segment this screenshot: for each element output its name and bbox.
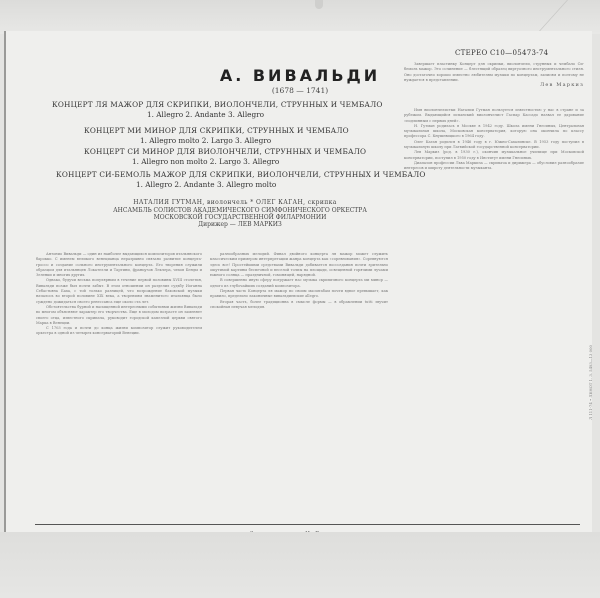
ensemble-line-2: МОСКОВСКОЙ ГОСУДАРСТВЕННОЙ ФИЛАРМОНИИ	[90, 214, 390, 221]
concerto-title-3: КОНЦЕРТ СИ МИНОР ДЛЯ ВИОЛОНЧЕЛИ, СТРУННЫ…	[84, 147, 366, 156]
conductor: Дирижер — ЛЕВ МАРКИЗ	[90, 221, 390, 228]
paragraph: Имя виолончелистки Наталии Гутман пользу…	[404, 108, 584, 124]
soloists: НАТАЛИЯ ГУТМАН, виолончель * ОЛЕГ КАГАН,…	[100, 199, 370, 206]
notes-column-3: Имя виолончелистки Наталии Гутман пользу…	[404, 108, 584, 520]
paragraph: Вторая часть, более традиционна в смысле…	[210, 300, 388, 311]
concerto-movements-4: 1. Allegro 2. Andante 3. Allegro molto	[136, 180, 276, 189]
paragraph: разнообразных мелодий. Финал двойного ко…	[210, 252, 388, 278]
sleeve-bottom-strip	[0, 532, 600, 598]
footer-divider	[35, 524, 580, 525]
intro-notes-right: Завершает пластинку Концерт для скрипки,…	[404, 62, 584, 96]
concerto-movements-3: 1. Allegro non molto 2. Largo 3. Allegro	[132, 157, 279, 166]
paragraph: Диапазон профессии Льва Маркиза — скрипа…	[404, 161, 584, 172]
paragraph: Н. Гутман родилась в Москве в 1942 году.…	[404, 124, 584, 140]
concerto-movements-2: 1. Allegro molto 2. Largo 3. Allegro	[140, 136, 271, 145]
ensemble-line-1: АНСАМБЛЬ СОЛИСТОВ АКАДЕМИЧЕСКОГО СИМФОНИ…	[90, 207, 390, 214]
paragraph: Олег Каган родился в 1946 году в г. Южно…	[404, 140, 584, 151]
paragraph: С 1703 года и почти до конца жизни компо…	[36, 326, 202, 337]
bleed-through-text	[210, 546, 530, 568]
paragraph: Антонио Вивальди — один из наиболее выда…	[36, 252, 202, 278]
paragraph: В совершенно иную сферу погружает нас му…	[210, 278, 388, 289]
concerto-title-4: КОНЦЕРТ СИ-БЕМОЛЬ МАЖОР ДЛЯ СКРИПКИ, ВИО…	[56, 170, 426, 179]
intro-paragraph: Завершает пластинку Концерт для скрипки,…	[404, 62, 584, 83]
sleeve-notch	[315, 0, 323, 9]
catalog-number: СТЕРЕО С10—05473-74	[455, 49, 548, 57]
vertical-imprint: Л 111-74 • ЛЕНОТ 1. 3. 5493—13 000	[588, 345, 593, 420]
intro-signature: Лев Маркиз	[404, 83, 584, 88]
concerto-title-1: КОНЦЕРТ ЛЯ МАЖОР ДЛЯ СКРИПКИ, ВИОЛОНЧЕЛИ…	[52, 100, 383, 109]
sleeve-fold-line	[536, 0, 598, 34]
sleeve-top-flap	[0, 0, 600, 34]
paragraph: Обстоятельства бурной и насыщенной интер…	[36, 305, 202, 326]
concerto-title-2: КОНЦЕРТ МИ МИНОР ДЛЯ СКРИПКИ, СТРУННЫХ И…	[84, 126, 349, 135]
paragraph: Лев Маркиз (род. в 1930 г.), окончив муз…	[404, 150, 584, 161]
concerto-movements-1: 1. Allegro 2. Andante 3. Allegro	[147, 110, 264, 119]
paragraph: Однако, будучи весьма популярным в течен…	[36, 278, 202, 304]
paragraph: Первая часть Концерта ля мажор по своим …	[210, 289, 388, 300]
notes-column-1: Антонио Вивальди — один из наиболее выда…	[36, 252, 202, 520]
notes-column-2: разнообразных мелодий. Финал двойного ко…	[210, 252, 388, 520]
